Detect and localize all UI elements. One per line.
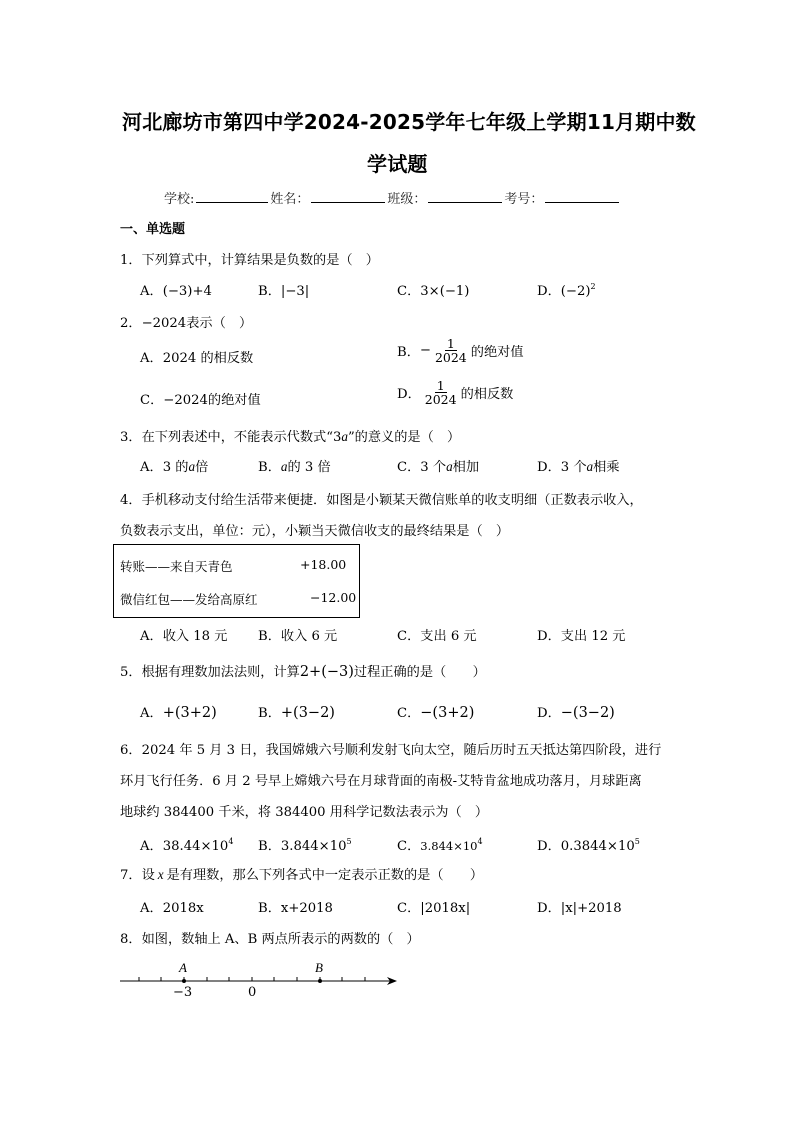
tick-label-minus-3: −3: [173, 985, 192, 1000]
question-number: 5．: [120, 665, 142, 680]
question-text: 下列算式中，计算结果是负数的是（ ）: [142, 253, 379, 268]
option-text: +(3+2): [163, 705, 217, 721]
exponent: 5: [346, 837, 351, 846]
bill-row-2-amount: −12.00: [310, 590, 356, 605]
question-number: 2．: [120, 316, 142, 331]
exponent: 2: [591, 282, 596, 291]
option-text: 倍: [195, 460, 208, 475]
question-8-stem: 8．如图，数轴上 A、B 两点所表示的两数的（ ）: [120, 928, 420, 947]
field-label-class: 班级：: [387, 192, 426, 207]
question-text: ”的意义的是（ ）: [348, 430, 460, 445]
point-b-dot: [318, 979, 322, 983]
variable: a: [341, 429, 348, 444]
variable: a: [446, 459, 453, 474]
question-text: 过程正确的是（ ）: [354, 665, 486, 680]
option-letter: B．: [258, 706, 281, 721]
option-letter: C．: [397, 284, 420, 299]
q6-option-d[interactable]: D．0.3844×105: [537, 835, 640, 854]
name-blank[interactable]: [311, 189, 385, 203]
option-text: x+2018: [281, 901, 333, 916]
option-letter: B．: [258, 629, 281, 644]
option-text: (−3)+4: [163, 284, 212, 299]
option-letter: D．: [537, 629, 561, 644]
option-letter: A．: [140, 351, 163, 366]
option-text: 相加: [453, 460, 479, 475]
fraction-numerator: 1: [445, 337, 457, 351]
option-letter: C．: [397, 901, 420, 916]
q7-option-c[interactable]: C．|2018x|: [397, 897, 470, 916]
question-6-stem-line3: 地球约 384400 千米，将 384400 用科学记数法表示为（ ）: [120, 801, 488, 820]
option-text: 3.844×10: [281, 839, 347, 854]
option-text: 的 3 倍: [287, 460, 330, 475]
number-line-figure: A B −3 0: [115, 955, 415, 1009]
option-letter: B．: [258, 460, 281, 475]
option-text: −2024的绝对值: [163, 393, 260, 408]
q2-option-b[interactable]: B．−12024的绝对值: [397, 337, 524, 364]
option-letter: D．: [537, 706, 561, 721]
option-letter: A．: [140, 901, 163, 916]
option-text: 的绝对值: [471, 345, 524, 360]
tick-marks: [139, 977, 365, 981]
q2-option-c[interactable]: C．−2024的绝对值: [140, 389, 261, 408]
exponent: 5: [635, 837, 640, 846]
option-text: 0.3844×10: [561, 839, 635, 854]
question-6-stem-line2: 环月飞行任务．6 月 2 号早上嫦娥六号在月球背面的南极-艾特肯盆地成功落月，月…: [120, 770, 642, 789]
option-letter: B．: [258, 901, 281, 916]
question-number: 6．: [120, 743, 142, 758]
q5-option-b[interactable]: B．+(3−2): [258, 702, 335, 721]
bill-row-2-desc: 微信红包——发给高原红: [120, 590, 258, 608]
option-text: 收入 18 元: [163, 629, 228, 644]
q3-option-b[interactable]: B．a的 3 倍: [258, 456, 331, 475]
q5-option-a[interactable]: A．+(3+2): [140, 702, 217, 721]
fraction: 12024: [423, 379, 459, 406]
fraction: 12024: [433, 337, 469, 364]
option-text: 3.844×10: [420, 839, 477, 853]
point-a-dot: [182, 979, 186, 983]
option-letter: C．: [397, 839, 420, 854]
wechat-bill-box: 转账——来自天青色 +18.00 微信红包——发给高原红 −12.00: [113, 544, 360, 618]
question-2-stem: 2．−2024表示（ ）: [120, 312, 252, 331]
q1-option-d[interactable]: D．(−2)2: [537, 280, 596, 299]
q4-option-b[interactable]: B．收入 6 元: [258, 625, 337, 644]
q4-option-a[interactable]: A．收入 18 元: [140, 625, 227, 644]
option-letter: A．: [140, 839, 163, 854]
exam-no-blank[interactable]: [545, 189, 619, 203]
option-letter: D．: [537, 901, 561, 916]
question-3-stem: 3．在下列表述中，不能表示代数式“3a”的意义的是（ ）: [120, 426, 460, 445]
variable: x: [158, 867, 164, 882]
option-text: 收入 6 元: [281, 629, 337, 644]
question-4-stem-line1: 4．手机移动支付给生活带来便捷．如图是小颖某天微信账单的收支明细（正数表示收入，: [120, 489, 643, 508]
bill-row-1-amount: +18.00: [300, 557, 346, 572]
fraction-numerator: 1: [435, 379, 447, 393]
minus-sign: −: [420, 343, 431, 358]
question-4-stem-line2: 负数表示支出，单位：元），小颖当天微信收支的最终结果是（ ）: [120, 520, 509, 539]
number-line-svg: [115, 955, 415, 1005]
q6-option-b[interactable]: B．3.844×105: [258, 835, 352, 854]
option-text: −(3−2): [561, 705, 615, 721]
math-expression: 2+(−3): [300, 664, 354, 680]
option-text: (−2): [561, 284, 591, 299]
option-text: |x|+2018: [561, 901, 622, 916]
option-letter: A．: [140, 629, 163, 644]
fraction-denominator: 2024: [433, 351, 469, 364]
question-5-stem: 5．根据有理数加法法则，计算2+(−3)过程正确的是（ ）: [120, 661, 486, 680]
question-number: 4．: [120, 493, 142, 508]
field-label-exam-no: 考号：: [504, 192, 543, 207]
question-number: 3．: [120, 430, 142, 445]
fraction-denominator: 2024: [423, 393, 459, 406]
option-text: 38.44×10: [163, 839, 229, 854]
q3-option-c[interactable]: C．3 个a相加: [397, 456, 479, 475]
option-letter: D．: [537, 460, 561, 475]
option-letter: A．: [140, 284, 163, 299]
q3-option-d[interactable]: D．3 个a相乘: [537, 456, 620, 475]
option-text: +(3−2): [281, 705, 335, 721]
option-text: 2018x: [163, 901, 204, 916]
tick-label-zero: 0: [248, 985, 256, 1000]
school-blank[interactable]: [196, 189, 268, 203]
bill-row-1-desc: 转账——来自天青色: [120, 557, 233, 575]
question-text: 2024 年 5 月 3 日，我国嫦娥六号顺利发射飞向太空，随后历时五天抵达第四…: [142, 743, 662, 758]
option-text: 支出 6 元: [420, 629, 476, 644]
question-text: 根据有理数加法法则，计算: [142, 665, 300, 680]
option-letter: D．: [397, 387, 421, 402]
q3-option-a[interactable]: A．3 的a倍: [140, 456, 208, 475]
q4-option-d[interactable]: D．支出 12 元: [537, 625, 626, 644]
option-text: 3 个: [561, 460, 587, 475]
option-letter: B．: [258, 839, 281, 854]
question-text: 手机移动支付给生活带来便捷．如图是小颖某天微信账单的收支明细（正数表示收入，: [142, 493, 643, 508]
q7-option-a[interactable]: A．2018x: [140, 897, 204, 916]
q1-option-c[interactable]: C．3×(−1): [397, 280, 469, 299]
q5-option-d[interactable]: D．−(3−2): [537, 702, 615, 721]
q4-option-c[interactable]: C．支出 6 元: [397, 625, 477, 644]
option-letter: C．: [397, 629, 420, 644]
option-text: 相乘: [593, 460, 619, 475]
option-letter: C．: [140, 393, 163, 408]
option-letter: B．: [397, 345, 420, 360]
question-text: 是有理数，那么下列各式中一定表示正数的是（ ）: [167, 868, 484, 883]
question-text: 如图，数轴上 A、B 两点所表示的两数的（ ）: [142, 932, 420, 947]
q2-option-d[interactable]: D．12024的相反数: [397, 379, 513, 406]
q7-option-b[interactable]: B．x+2018: [258, 897, 333, 916]
question-6-stem-line1: 6．2024 年 5 月 3 日，我国嫦娥六号顺利发射飞向太空，随后历时五天抵达…: [120, 739, 661, 758]
option-letter: A．: [140, 706, 163, 721]
option-letter: C．: [397, 460, 420, 475]
section-title-single-choice: 一、单选题: [120, 218, 185, 237]
document-title-line1: 河北廊坊市第四中学2024-2025学年七年级上学期11月期中数: [122, 106, 696, 135]
option-text: 支出 12 元: [561, 629, 626, 644]
option-text: 3 的: [163, 460, 189, 475]
q2-option-a[interactable]: A．2024 的相反数: [140, 347, 253, 366]
document-title-line2: 学试题: [367, 148, 428, 177]
question-7-stem: 7．设x是有理数，那么下列各式中一定表示正数的是（ ）: [120, 864, 483, 883]
q6-option-c[interactable]: C．3.844×104: [397, 835, 483, 854]
question-text: −2024表示（ ）: [142, 316, 253, 331]
option-letter: D．: [537, 284, 561, 299]
question-text: 设: [142, 868, 155, 883]
question-text: 在下列表述中，不能表示代数式“3: [142, 430, 342, 445]
exponent: 4: [477, 837, 482, 846]
q1-option-b[interactable]: B．|−3|: [258, 280, 309, 299]
option-letter: B．: [258, 284, 281, 299]
option-letter: A．: [140, 460, 163, 475]
option-text: 的相反数: [461, 387, 514, 402]
option-text: |−3|: [281, 284, 309, 299]
class-blank[interactable]: [428, 189, 502, 203]
student-info-fields: 学校:姓名：班级：考号：: [164, 188, 621, 207]
option-text: −(3+2): [420, 705, 474, 721]
point-a-label: A: [179, 960, 187, 976]
question-1-stem: 1．下列算式中，计算结果是负数的是（ ）: [120, 249, 379, 268]
q5-option-c[interactable]: C．−(3+2): [397, 702, 474, 721]
option-letter: D．: [537, 839, 561, 854]
q7-option-d[interactable]: D．|x|+2018: [537, 897, 622, 916]
option-letter: C．: [397, 706, 420, 721]
field-label-school: 学校:: [164, 192, 194, 207]
option-text: 3 个: [420, 460, 446, 475]
option-text: 3×(−1): [420, 284, 469, 299]
question-number: 1．: [120, 253, 142, 268]
exponent: 4: [228, 837, 233, 846]
q6-option-a[interactable]: A．38.44×104: [140, 835, 233, 854]
q1-option-a[interactable]: A．(−3)+4: [140, 280, 212, 299]
option-text: |2018x|: [420, 901, 470, 916]
question-number: 8．: [120, 932, 142, 947]
point-b-label: B: [315, 960, 323, 976]
option-text: 2024 的相反数: [163, 351, 254, 366]
field-label-name: 姓名：: [270, 192, 309, 207]
question-number: 7．: [120, 868, 142, 883]
